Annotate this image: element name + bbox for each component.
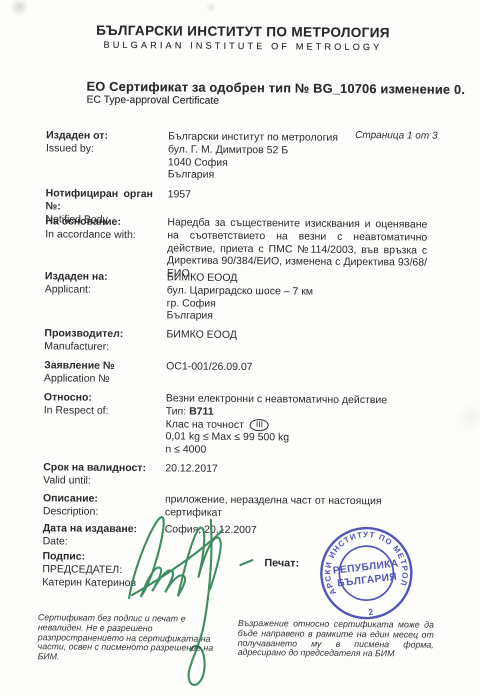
field-in-respect-of: Относно: In Respect of: Везни електронни… bbox=[43, 391, 426, 458]
accuracy-class-oval: III bbox=[250, 419, 269, 432]
field-label-en: Issued by: bbox=[46, 142, 168, 156]
field-label-bg: Заявление № bbox=[44, 359, 166, 373]
type-label: Тип: bbox=[166, 405, 187, 417]
stamp-number: 2 bbox=[368, 607, 374, 618]
field-label-en: In Respect of: bbox=[44, 404, 166, 418]
field-label-bg: На основание: bbox=[45, 215, 167, 229]
org-name-en: BULGARIAN INSTITUTE OF METROLOGY bbox=[3, 39, 480, 53]
field-value: Везни електронни с неавтоматично действи… bbox=[165, 392, 426, 458]
field-label-en: In accordance with: bbox=[45, 228, 167, 242]
field-label-en: Manufacturer: bbox=[44, 340, 166, 354]
field-applicant: Издаден на: Applicant: БИМКО ЕООД бул. Ц… bbox=[45, 270, 427, 325]
field-application-no: Заявление № Application № ОС1-001/26.09.… bbox=[44, 359, 426, 388]
field-label-bg: Относно: bbox=[44, 391, 166, 405]
field-label: Относно: In Respect of: bbox=[43, 391, 166, 456]
field-value: БИМКО ЕООД бул. Цариградско шосе – 7 км … bbox=[167, 271, 427, 324]
field-label: Производител: Manufacturer: bbox=[44, 327, 166, 354]
field-manufacturer: Производител: Manufacturer: БИМКО ЕООД bbox=[44, 327, 426, 356]
field-label-en: Valid until: bbox=[43, 474, 165, 488]
field-value: Български институт по метрология бул. Г.… bbox=[168, 130, 428, 183]
field-label: Издаден от: Issued by: bbox=[46, 129, 168, 181]
footnote-left: Сертификат без подпис и печат е невалиде… bbox=[38, 613, 218, 664]
divisions: n ≤ 4000 bbox=[165, 444, 425, 459]
certificate-subtitle: EC Type-approval Certificate bbox=[86, 95, 219, 107]
type-value: B711 bbox=[189, 405, 214, 417]
field-value: ОС1-001/26.09.07 bbox=[166, 360, 426, 388]
seal-label: Печат: bbox=[264, 557, 299, 569]
field-label-bg: Производител: bbox=[44, 327, 166, 341]
field-issued-by: Издаден от: Issued by: Български институ… bbox=[46, 129, 428, 184]
class-label: Клас на точност bbox=[166, 418, 244, 431]
field-label-bg: Срок на валидност: bbox=[43, 461, 165, 475]
footnote-right: Възражение относно сертификата може да б… bbox=[238, 619, 434, 660]
field-value: БИМКО ЕООД bbox=[166, 328, 426, 356]
field-label-bg: Издаден от: bbox=[46, 129, 168, 143]
field-label-bg: Издаден на: bbox=[45, 270, 167, 284]
scanned-sheet: БЪЛГАРСКИ ИНСТИТУТ ПО МЕТРОЛОГИЯ BULGARI… bbox=[0, 0, 480, 696]
field-label-bg: Нотифициран орган №: bbox=[45, 187, 167, 214]
signature-scribble bbox=[105, 502, 259, 695]
org-name-bg: БЪЛГАРСКИ ИНСТИТУТ ПО МЕТРОЛОГИЯ bbox=[3, 22, 480, 41]
field-label-en: Application № bbox=[44, 372, 166, 386]
issuer-line: България bbox=[168, 169, 428, 184]
signature-stroke bbox=[240, 560, 252, 565]
official-stamp: БЪЛГАРСКИ ИНСТИТУТ ПО МЕТРОЛОГИЯ РЕПУБЛИ… bbox=[318, 525, 415, 622]
certificate-page: БЪЛГАРСКИ ИНСТИТУТ ПО МЕТРОЛОГИЯ BULGARI… bbox=[0, 0, 480, 696]
applicant-line: България bbox=[167, 310, 427, 325]
field-label-en: Applicant: bbox=[45, 283, 167, 297]
field-valid-until: Срок на валидност: Valid until: 20.12.20… bbox=[43, 461, 425, 490]
field-label: Срок на валидност: Valid until: bbox=[43, 461, 165, 488]
field-value: 20.12.2017 bbox=[165, 462, 425, 490]
field-label: Издаден на: Applicant: bbox=[45, 270, 167, 322]
field-label: Заявление № Application № bbox=[44, 359, 166, 386]
